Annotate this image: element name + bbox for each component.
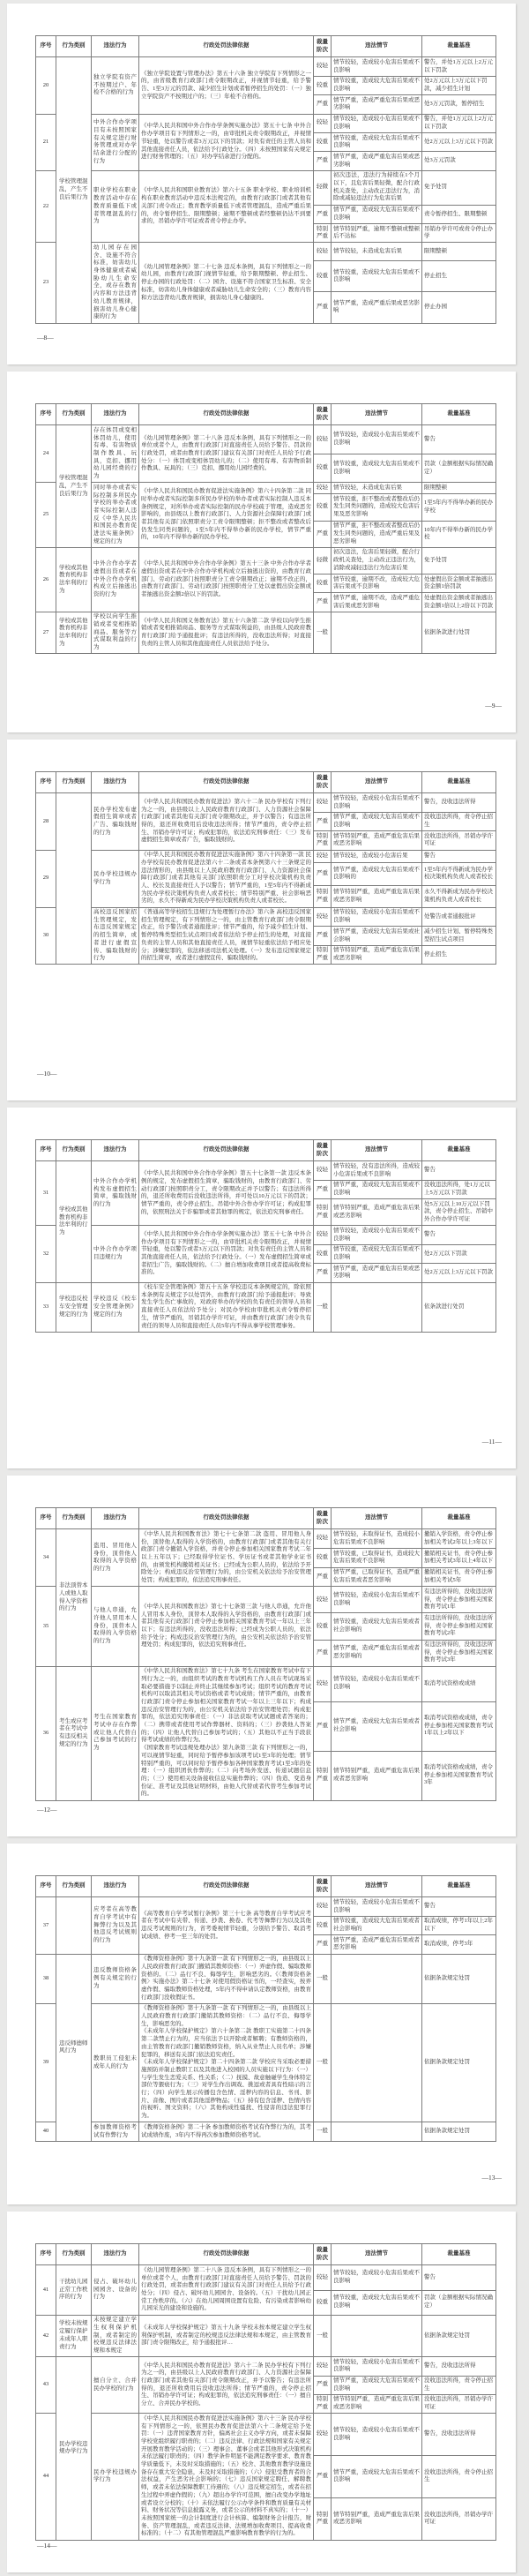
standard-cell: 警告 <box>422 2265 496 2290</box>
behavior-cell: 中外合作办学机构发布虚假招生简章，骗取钱财的行为 <box>92 1161 139 1226</box>
circumstance-cell: 情节较轻，未造成危害后果 <box>332 483 422 494</box>
column-header: 裁量阶次 <box>314 772 332 793</box>
penalty-table: 序号行为类别违法行为行政处罚法律依据裁量阶次违法情节裁量基准24学校管理混乱，产… <box>35 403 496 654</box>
column-header: 行为类别 <box>56 404 92 425</box>
circumstance-cell: 情节特别严重，造成严重危害后果或恶劣影响 <box>332 945 422 965</box>
tier-level-cell: 严重 <box>314 1264 332 1282</box>
circumstance-cell: 情节较重，造成较大危害后果或不良影响 <box>332 133 422 152</box>
standard-cell: 处虚假出资金额或者抽逃出资金额1倍以上2倍以下罚款 <box>422 593 496 612</box>
tier-level-cell: 严重 <box>314 2456 332 2498</box>
legal-basis-cell: 《中华人民共和国民办教育促进法实施条例》第六十三条 民办学校有下列情形之一的，依… <box>139 2414 314 2540</box>
tier-level-cell: 严重 <box>314 593 332 612</box>
column-header: 违法行为 <box>92 1140 139 1161</box>
tier-level-cell: 较重 <box>314 1244 332 1263</box>
column-header: 违法情节 <box>332 772 422 793</box>
standard-cell: 处虚假出资金额或者抽逃出资金额1倍罚款 <box>422 575 496 593</box>
category-cell: 学校管理混乱，产生不良后果行为 <box>56 425 92 548</box>
standard-cell: 撤销入学资格，责令停止参加相关考试2年以上3年以下 <box>422 1529 496 1549</box>
row-number-cell: 21 <box>36 114 56 170</box>
column-header: 行为类别 <box>56 1876 92 1897</box>
standard-cell: 减少招生计划、暂停特殊类型招生试点项目 <box>422 927 496 946</box>
behavior-cell: 同时举办或者实际控制多所民办学校的举办者或者实际控制人违反《中华人民共和国民办教… <box>92 483 139 548</box>
legal-basis-cell: 《教师资格条例》第十九条第一款 有下列情形之一的，由县级以上人民政府教育行政部门… <box>139 2003 314 2122</box>
tier-level-cell: 较重 <box>314 1613 332 1640</box>
tier-level-cell: 较轻 <box>314 483 332 494</box>
behavior-cell: 职业学校在职业教育活动中存在教育质量低下或者管理混乱的行为 <box>92 170 139 243</box>
legal-basis-cell: 《中华人民共和国中外合作办学条例实施办法》第五十七条 中外合作办学项目有下列情形… <box>139 114 314 170</box>
tier-level-cell: 一般 <box>314 1954 332 2003</box>
penalty-table: 序号行为类别违法行为行政处罚法律依据裁量阶次违法情节裁量基准41干扰幼儿园正常工… <box>35 2243 496 2541</box>
column-header: 裁量基准 <box>422 404 496 425</box>
row-number-cell: 34 <box>36 1529 56 1587</box>
column-header: 违法情节 <box>332 1508 422 1529</box>
circumstance-cell <box>332 1954 422 2003</box>
table-header-row: 序号行为类别违法行为行政处罚法律依据裁量阶次违法情节裁量基准 <box>36 1876 496 1897</box>
circumstance-cell: 情节特别严重，造成严重危害后果或恶劣影响 <box>332 2497 422 2540</box>
standard-cell: 责令暂停招生、限期整顿 <box>422 205 496 223</box>
circumstance-cell: 情节严重，造成严重危害后果或恶劣影响 <box>332 152 422 170</box>
standard-cell: 取消成绩，停考1年以上2年以下 <box>422 1916 496 1934</box>
category-cell: 学校或其他教育机构非法牟利的行为 <box>56 547 92 612</box>
behavior-cell: 参加教师资格考试有作弊行为 <box>92 2122 139 2141</box>
tier-level-cell: 特别严重 <box>314 2497 332 2540</box>
column-header: 裁量阶次 <box>314 36 332 57</box>
legal-basis-cell: 《中华人民共和国教育法》第七十七条第三款 与他人串通，允许他人冒用本人身份，顶替… <box>139 1587 314 1666</box>
circumstance-cell: 情节较重，造成较大危害后果或不良影响 <box>332 76 422 94</box>
page-number: —11— <box>482 1438 502 1446</box>
standard-cell: 警告，没收违法所得 <box>422 793 496 812</box>
circumstance-cell: 情节严重，造成较大危害后果或不良影响的 <box>332 863 422 885</box>
standard-cell: 10年内不得举办新的民办学校 <box>422 521 496 547</box>
tier-level-cell: 一般 <box>314 2315 332 2357</box>
column-header: 行为类别 <box>56 1140 92 1161</box>
table-row: 43民办学校违规办学行为擅自分立、合并民办学校的行为《中华人民共和国民办教育促进… <box>36 2357 496 2376</box>
tier-level-cell: 较重 <box>314 1549 332 1568</box>
tier-level-cell: 较轻 <box>314 907 332 927</box>
column-header: 行为类别 <box>56 1508 92 1529</box>
column-header: 裁量基准 <box>422 1140 496 1161</box>
column-header: 违法情节 <box>332 36 422 57</box>
tier-level-cell: 较轻 <box>314 1161 332 1180</box>
circumstance-cell: 情节特别严重，造成严重危害后果或恶劣影响 <box>332 831 422 850</box>
tier-level-cell: 较轻 <box>314 2414 332 2456</box>
legal-basis-cell: 《中华人民共和国义务教育法》第五十六条第二款 学校以向学生推销或者变相推销商品、… <box>139 612 314 654</box>
behavior-cell: 应考者在高等教育自学考试中有舞弊行为以及其他违反考试规则的行为 <box>92 1897 139 1954</box>
circumstance-cell: 情节较轻，造成较小危害后果 <box>332 850 422 863</box>
standard-cell: 免予处罚 <box>422 170 496 205</box>
circumstance-cell: 情节较轻，造成较小危害后果或不良影响 <box>332 114 422 132</box>
standard-cell: 处警告或者通报批评 <box>422 907 496 927</box>
table-row: 24学校管理混乱，产生不良后果行为存在体罚或变相体罚幼儿，使用有毒、有害物质制作… <box>36 425 496 454</box>
tier-level-cell: 严重 <box>314 863 332 885</box>
table-row: 38违反师德师风行为违反教师资格条例有关规定的行为《教师资格条例》第十九条第一款… <box>36 1954 496 2003</box>
column-header: 裁量基准 <box>422 2244 496 2265</box>
tier-level-cell: 较重 <box>314 1916 332 1934</box>
column-header: 行为类别 <box>56 2244 92 2265</box>
tier-level-cell: 较轻 <box>314 57 332 76</box>
circumstance-cell: 情节严重，造成较大危害后果或不良影响 <box>332 2456 422 2498</box>
table-row: 31学校或其他教育机构非法牟利的行为中外合作办学机构发布虚假招生简章，骗取钱财的… <box>36 1161 496 1180</box>
penalty-table: 序号行为类别违法行为行政处罚法律依据裁量阶次违法情节裁量基准31学校或其他教育机… <box>35 1139 496 1333</box>
column-header: 违法行为 <box>92 2244 139 2265</box>
behavior-cell: 民办学校发布虚假招生简章或者广告、骗取钱财的行为 <box>92 793 139 850</box>
circumstance-cell: 情节较轻，造成较小危害后果或不良影响 <box>332 1587 422 1613</box>
standard-cell: 依据条款规定处罚 <box>422 1954 496 2003</box>
table-header-row: 序号行为类别违法行为行政处罚法律依据裁量阶次违法情节裁量基准 <box>36 1508 496 1529</box>
circumstance-cell: 情节严重，造成较大危害后果或社会影响 <box>332 927 422 946</box>
column-header: 序号 <box>36 1140 56 1161</box>
column-header: 裁量阶次 <box>314 1508 332 1529</box>
circumstance-cell: 情节较轻，未取得证书，造成较小危害后果或不良影响 <box>332 1529 422 1549</box>
column-header: 违法行为 <box>92 36 139 57</box>
column-header: 序号 <box>36 1508 56 1529</box>
standard-cell: 1至5年内不得举办新的民办学校 <box>422 494 496 521</box>
behavior-cell: 中外合作办学者虚假出资或者在中外合作办学机构成立后抽逃出资的行为 <box>92 547 139 612</box>
behavior-cell: 与他人串通，允许他人冒用本人身份，顶替本人取得的入学资格的行为 <box>92 1587 139 1666</box>
column-header: 裁量基准 <box>422 772 496 793</box>
standard-cell: 警告，没收违法所得 <box>422 2414 496 2456</box>
tier-level-cell: 严重 <box>314 205 332 223</box>
row-number-cell: 36 <box>36 1666 56 1800</box>
circumstance-cell: 情节严重，造成较大危害后果或不良影响 <box>332 812 422 830</box>
circumstance-cell: 情节严重，造成较大危害后果或不良影响 <box>332 1180 422 1198</box>
standard-cell: 警告 <box>422 425 496 454</box>
tier-level-cell: 较轻 <box>314 1587 332 1613</box>
standard-cell: 处2万元以下罚款 <box>422 1244 496 1263</box>
tier-level-cell: 严重 <box>314 2376 332 2394</box>
column-header: 行政处罚法律依据 <box>139 2244 314 2265</box>
column-header: 序号 <box>36 36 56 57</box>
circumstance-cell: 情节较重，造成较大危害后果或者社会影响的 <box>332 1613 422 1640</box>
column-header: 违法行为 <box>92 1508 139 1529</box>
standard-cell: 警告 <box>422 1226 496 1244</box>
standard-cell: 限期整顿 <box>422 483 496 494</box>
table-row: 30高校违反国家招生管理规定，发布违反国家规定的招生简章，或者进行虚假宣传、骗取… <box>36 907 496 927</box>
circumstance-cell: 情节严重，拒不整改或者整改后仍发生同类问题的，造成严重后果及恶劣影响 <box>332 521 422 547</box>
legal-basis-cell: 《中华人民共和国中外合作办学条例》第五十三条 中外合作办学者虚假出资或者在中外合… <box>139 547 314 612</box>
legal-basis-cell: 《中华人民共和国教育法》第七十七条第二款 盗用、冒用他人身份，顶替他人取得的入学… <box>139 1529 314 1587</box>
legal-basis-cell: 《幼儿园管理条例》第二十七条 违反本条例，具有下列情形之一的幼儿园，由教育行政部… <box>139 243 314 323</box>
row-number-cell: 29 <box>36 850 56 907</box>
standard-cell: 依条款进行处罚 <box>422 1282 496 1332</box>
behavior-cell: 盗用、冒用他人身份，顶替他人取得的入学资格的行为 <box>92 1529 139 1587</box>
category-cell <box>56 793 92 965</box>
circumstance-cell: 情节特别严重，造成严重危害后果或者恶劣影响 <box>332 1751 422 1800</box>
category-cell: 考生或应考者在考试中有违反相关规定的行为 <box>56 1666 92 1800</box>
category-cell: 学校未按规定履行保护未成年人职责行为 <box>56 2315 92 2357</box>
behavior-cell: 幼儿园存在园舍、设施不符合标准，妨害幼儿身体健康或者威胁幼儿生命安全，或存在教育… <box>92 243 139 323</box>
circumstance-cell: 情节严重，造成严重后果或恶劣影响 <box>332 292 422 323</box>
behavior-cell: 侵占、破坏幼儿园园舍、设备的行为 <box>92 2265 139 2315</box>
circumstance-cell: 情节严重，造成较大危害后果或不良影响 <box>332 2376 422 2394</box>
column-header: 违法情节 <box>332 2244 422 2265</box>
circumstance-cell: 情节严重，造成较大危害后果或不良影响 <box>332 205 422 223</box>
column-header: 序号 <box>36 2244 56 2265</box>
behavior-cell: 民办学校违规办学行为 <box>92 2414 139 2540</box>
row-number-cell: 43 <box>36 2357 56 2414</box>
table-row: 36考生或应考者在考试中有违反相关规定的行为考生在国家教育考试中存在作弊或让他人… <box>36 1666 496 1701</box>
row-number-cell: 23 <box>36 243 56 323</box>
circumstance-cell: 情节严重，造成严重危害后果或者恶劣影响 <box>332 1935 422 1954</box>
document-page: 序号行为类别违法行为行政处罚法律依据裁量阶次违法情节裁量基准24学校管理混乱，产… <box>7 372 516 732</box>
circumstance-cell: 情节较轻，造成较小危害后果或不良影响 <box>332 57 422 76</box>
tier-level-cell: 严重 <box>314 1640 332 1666</box>
tier-level-cell: 较重 <box>314 2290 332 2315</box>
column-header: 裁量基准 <box>422 1508 496 1529</box>
row-number-cell: 27 <box>36 612 56 654</box>
category-cell: 民办学校违规办学行为 <box>56 2357 92 2540</box>
document-page: 序号行为类别违法行为行政处罚法律依据裁量阶次违法情节裁量基准37应考者在高等教育… <box>7 1844 516 2204</box>
table-row: 40参加教师资格考试有作弊行为《教师资格条例》第二十条 参加教师资格考试有作弊行… <box>36 2122 496 2141</box>
tier-level-cell: 严重 <box>314 927 332 946</box>
tier-level-cell: 特别严重 <box>314 2394 332 2413</box>
circumstance-cell: 情节较轻，造成较小危害后果或不良影响 <box>332 907 422 927</box>
standard-cell: 限期整顿 <box>422 243 496 261</box>
tier-level-cell: 严重 <box>314 812 332 830</box>
tier-level-cell: 严重 <box>314 1935 332 1954</box>
table-row: 22职业学校在职业教育活动中存在教育质量低下或者管理混乱的行为《中华人民共和国职… <box>36 170 496 205</box>
legal-basis-cell: 《校车安全管理条例》第五十五条 学校违反本条例规定的，除依照本条例有关规定予以处… <box>139 1282 314 1332</box>
table-row: 39教职员工侵犯未成年人的行为《教师资格条例》第十九条第一款 有下列情形之一的，… <box>36 2003 496 2122</box>
row-number-cell: 24 <box>36 425 56 483</box>
row-number-cell: 22 <box>36 170 56 243</box>
column-header: 裁量基准 <box>422 1876 496 1897</box>
tier-level-cell: 严重 <box>314 152 332 170</box>
table-row: 32中外合作办学项目违规行为《中华人民共和国中外合作办学条例实施办法》第五十七条… <box>36 1226 496 1244</box>
table-row: 25同时举办或者实际控制多所民办学校的举办者或者实际控制人违反《中华人民共和国民… <box>36 483 496 494</box>
column-header: 违法行为 <box>92 404 139 425</box>
tier-level-cell: 特别严重 <box>314 1199 332 1226</box>
circumstance-cell: 情节较重，逾期不改，造成较大危害后果或不良影响 <box>332 575 422 593</box>
column-header: 行政处罚法律依据 <box>139 404 314 425</box>
category-cell: 干扰幼儿园正常工作秩序的行为 <box>56 2265 92 2315</box>
table-row: 29民办学校违规办学行为《中华人民共和国民办教育促进法实施条例》第六十四条第一款… <box>36 850 496 863</box>
table-row: 20学校管理混乱，产生不良后果行为独立学院有资产不按期过户、年检不合格的行为《独… <box>36 57 496 76</box>
circumstance-cell: 初次违法，危害后果轻微，配合行政机关查处，主动改正违法行为，消除或减轻违法行为危… <box>332 547 422 574</box>
tier-level-cell: 特别严重 <box>314 885 332 907</box>
tier-level-cell: 特别严重 <box>314 224 332 243</box>
circumstance-cell: 情节较重，拒不整改或者整改后仍发生同类问题的，造成较大危害后果及恶劣影响 <box>332 494 422 521</box>
standard-cell: 撤销相关证书，责令停止参加相关考试3年以上4年以下 <box>422 1549 496 1568</box>
tier-level-cell: 严重 <box>314 521 332 547</box>
table-header-row: 序号行为类别违法行为行政处罚法律依据裁量阶次违法情节裁量基准 <box>36 772 496 793</box>
column-header: 违法情节 <box>332 1140 422 1161</box>
circumstance-cell: 情节较重，造成较大危害后果或不良影响 <box>332 454 422 482</box>
behavior-cell: 考生在国家教育考试中存在作弊或让他人代替自己参加考试的行为 <box>92 1666 139 1800</box>
behavior-cell: 教职员工侵犯未成年人的行为 <box>92 2003 139 2122</box>
circumstance-cell: 情节较重，已取得证书，造成较大危害后果或不良影响 <box>332 1549 422 1568</box>
column-header: 行政处罚法律依据 <box>139 1140 314 1161</box>
circumstance-cell <box>332 2122 422 2141</box>
circumstance-cell: 情节较轻，造成较小危害后果或不良影响 <box>332 1226 422 1244</box>
standard-cell: 依据条款规定处罚 <box>422 2122 496 2141</box>
standard-cell: 处3万元罚款，暂停招生 <box>422 95 496 114</box>
tier-level-cell: 较重 <box>314 76 332 94</box>
standard-cell: 依据条款进行处罚 <box>422 612 496 654</box>
circumstance-cell: 情节严重，造成严重危害后果或者恶劣影响的 <box>332 1640 422 1666</box>
standard-cell: 没收违法所得，责令停止招生 <box>422 2456 496 2498</box>
tier-level-cell: 较轻 <box>314 425 332 454</box>
column-header: 行为类别 <box>56 772 92 793</box>
circumstance-cell: 情节严重，逾期不改，造成严重危害后果或恶劣影响 <box>332 593 422 612</box>
table-row: 41干扰幼儿园正常工作秩序的行为侵占、破坏幼儿园园舍、设备的行为《幼儿园管理条例… <box>36 2265 496 2290</box>
column-header: 行政处罚法律依据 <box>139 1876 314 1897</box>
table-row: 26学校或其他教育机构非法牟利的行为中外合作办学者虚假出资或者在中外合作办学机构… <box>36 547 496 574</box>
document-page: 序号行为类别违法行为行政处罚法律依据裁量阶次违法情节裁量基准31学校或其他教育机… <box>7 1108 516 1468</box>
circumstance-cell: 情节较轻，造成较小危害后果或不良影响 <box>332 1666 422 1701</box>
tier-level-cell: 较轻 <box>314 2357 332 2376</box>
tier-level-cell: 较轻 <box>314 243 332 261</box>
row-number-cell: 41 <box>36 2265 56 2315</box>
standard-cell: 警告，并处1万元以上2万元以下罚款 <box>422 57 496 76</box>
circumstance-cell: 情节较重，造成较大危害后果或不良影响 <box>332 1244 422 1263</box>
circumstance-cell <box>332 612 422 654</box>
standard-cell: 处3万元罚款 <box>422 152 496 170</box>
circumstance-cell: 情节较轻，造成较小危害后果或不良影响 <box>332 2357 422 2376</box>
circumstance-cell: 情节较轻，造成较小危害后果或不良影响 <box>332 793 422 812</box>
penalty-table: 序号行为类别违法行为行政处罚法律依据裁量阶次违法情节裁量基准20学校管理混乱，产… <box>35 35 496 324</box>
category-cell <box>56 1897 92 1954</box>
tier-level-cell: 特别严重 <box>314 831 332 850</box>
tier-level-cell: 较轻 <box>314 114 332 132</box>
standard-cell: 依据条款规定处罚 <box>422 2003 496 2122</box>
column-header: 裁量阶次 <box>314 2244 332 2265</box>
circumstance-cell: 情节特别严重，逾期不整顿或整顿后不达标 <box>332 224 422 243</box>
tier-level-cell: 严重 <box>314 1180 332 1198</box>
legal-basis-cell: 《中华人民共和国职业教育法》第六十五条 职业学校、职业培训机构在职业教育活动中违… <box>139 170 314 243</box>
legal-basis-cell: 《教师资格条例》第二十条 参加教师资格考试有作弊行为的，其考试成绩作废，3年内不… <box>139 2122 314 2141</box>
standard-cell: 有违法所得的，没收违法所得，责令停止参加相关国家教育考试2年 <box>422 1613 496 1640</box>
circumstance-cell: 情节较重，造成较大危害后果或者社会影响的 <box>332 1916 422 1934</box>
circumstance-cell <box>332 2315 422 2357</box>
standard-cell: 警告，没收违法所得 <box>422 2357 496 2376</box>
standard-cell: 永久不得新成为民办学校决策机构负责人或者校长 <box>422 885 496 907</box>
row-number-cell: 26 <box>36 547 56 612</box>
behavior-cell: 中外合作办学项目违规行为 <box>92 1226 139 1282</box>
row-number-cell: 28 <box>36 793 56 850</box>
legal-basis-cell: 《高等教育自学考试暂行条例》第三十七条 高等教育自学考试应考者在考试中有夹带、传… <box>139 1897 314 1954</box>
document-page: 序号行为类别违法行为行政处罚法律依据裁量阶次违法情节裁量基准34非法顶替本人或他… <box>7 1476 516 1836</box>
legal-basis-cell: 《中华人民共和国民办教育促进法实施条例》第六十四条第一款 民办学校有民办教育促进… <box>139 850 314 907</box>
standard-cell: 免予处罚 <box>422 547 496 574</box>
tier-level-cell: 特别严重 <box>314 1751 332 1800</box>
standard-cell: 没收违法所得，责令停止招生 <box>422 2376 496 2394</box>
behavior-cell: 独立学院有资产不按期过户、年检不合格的行为 <box>92 57 139 114</box>
document-page: 序号行为类别违法行为行政处罚法律依据裁量阶次违法情节裁量基准41干扰幼儿园正常工… <box>7 2212 516 2572</box>
tier-level-cell: 严重 <box>314 1701 332 1751</box>
document-pages: 序号行为类别违法行为行政处罚法律依据裁量阶次违法情节裁量基准20学校管理混乱，产… <box>0 0 529 2572</box>
tier-level-cell: 较重 <box>314 133 332 152</box>
legal-basis-cell: 《中华人民共和国民办教育促进法》第六十二条 民办学校有下列行为之一的，由县级以上… <box>139 793 314 850</box>
standard-cell: 撤销相关证书，责令停止参加相关考试5年 <box>422 1567 496 1587</box>
tier-level-cell: 较重 <box>314 261 332 292</box>
standard-cell: 警告 <box>422 850 496 863</box>
tier-level-cell: 一般 <box>314 1282 332 1332</box>
column-header: 违法情节 <box>332 1876 422 1897</box>
standard-cell: 吊销办学许可或责令停止办学 <box>422 224 496 243</box>
row-number-cell: 30 <box>36 907 56 965</box>
row-number-cell: 33 <box>36 1282 56 1332</box>
table-row: 42学校未按规定履行保护未成年人职责行为未按规定建立学生权利保护机制，或者制定的… <box>36 2315 496 2357</box>
tier-level-cell: 较轻 <box>314 1897 332 1916</box>
circumstance-cell: 情节较轻，未造成危害后果 <box>332 243 422 261</box>
table-row: 21中外合作办学项目有未按照国家有关规定进行财务管理或对办学结余进行分配的行为《… <box>36 114 496 132</box>
legal-basis-cell: 《幼儿园管理条例》第二十八条 违反本条例，具有下列情形之一的单位或者个人，由教育… <box>139 2265 314 2315</box>
standard-cell: 没收违法所得，处1万元以上5万元以下罚款 <box>422 1180 496 1198</box>
table-row: 27学校或其他教育机构非法牟利的行为学校以向学生推销或者变相推销商品、服务等方式… <box>36 612 496 654</box>
penalty-table: 序号行为类别违法行为行政处罚法律依据裁量阶次违法情节裁量基准37应考者在高等教育… <box>35 1875 496 2142</box>
standard-cell: 处2万元以上3万元以下罚款，减少招生计划 <box>422 76 496 94</box>
tier-level-cell: 特别严重 <box>314 945 332 965</box>
standard-cell: 处5万元以上10万元以下罚款，责令停止招生、吊销中外合作办学许可证 <box>422 1199 496 1226</box>
category-cell: 学校违反校车安全管理规定的行为 <box>56 1282 92 1332</box>
tier-level-cell: 严重 <box>314 95 332 114</box>
circumstance-cell: 情节较重，造成较大危害后果或不良影响 <box>332 261 422 292</box>
table-header-row: 序号行为类别违法行为行政处罚法律依据裁量阶次违法情节裁量基准 <box>36 2244 496 2265</box>
legal-basis-cell: 《独立学院设置与管理办法》第五十六条 独立学院有下列情形之一的，由省级教育行政部… <box>139 57 314 114</box>
table-header-row: 序号行为类别违法行为行政处罚法律依据裁量阶次违法情节裁量基准 <box>36 1140 496 1161</box>
page-number: —10— <box>37 1070 57 1078</box>
legal-basis-cell: 《中华人民共和国民办教育促进法》第六十二条 民办学校有下列行为之一的，由县级以上… <box>139 2357 314 2414</box>
standard-cell: 处2万元以上3万元以下罚款 <box>422 133 496 152</box>
standard-cell: 取消考试资格或成绩，责令停止参加相关国家教育考试3年 <box>422 1751 496 1800</box>
row-number-cell: 39 <box>36 2003 56 2122</box>
page-number: —14— <box>37 2542 57 2550</box>
column-header: 序号 <box>36 1876 56 1897</box>
tier-level-cell: 一般 <box>314 2003 332 2122</box>
circumstance-cell: 情节严重，造成严重危害后果或恶劣影响 <box>332 1264 422 1282</box>
behavior-cell: 高校违反国家招生管理规定，发布违反国家规定的招生简章，或者进行虚假宣传、骗取钱财… <box>92 907 139 965</box>
circumstance-cell: 情节严重，造成较大危害后果或者社会影响 <box>332 1701 422 1751</box>
column-header: 行为类别 <box>56 36 92 57</box>
column-header: 行政处罚法律依据 <box>139 772 314 793</box>
standard-cell: 警告 <box>422 1161 496 1180</box>
tier-level-cell: 较轻 <box>314 793 332 812</box>
table-row: 34非法顶替本人或他人取得入学资格的行为盗用、冒用他人身份，顶替他人取得的入学资… <box>36 1529 496 1549</box>
row-number-cell: 44 <box>36 2414 56 2540</box>
standard-cell: 没收违法所得，吊销办学许可证 <box>422 831 496 850</box>
behavior-cell: 擅自分立、合并民办学校的行为 <box>92 2357 139 2414</box>
table-row: 33学校违反校车安全管理规定的行为学校违反《校车安全管理条例》规定的行为《校车安… <box>36 1282 496 1332</box>
tier-level-cell: 严重 <box>314 292 332 323</box>
row-number-cell: 38 <box>36 1954 56 2003</box>
circumstance-cell: 情节较轻，没有违法所得，造成较小危害后果或不良影响 <box>332 1161 422 1180</box>
legal-basis-cell: 《中华人民共和国教育法》第七十九条 考生在国家教育考试中有下列行为之一的，由组织… <box>139 1666 314 1800</box>
standard-cell: 有违法所得的，没收违法所得，责令停止参加相关国家教育考试3年 <box>422 1640 496 1666</box>
standard-cell: 有违法所得的，没收违法所得，责令停止参加相关国家教育考试1年 <box>422 1587 496 1613</box>
column-header: 裁量阶次 <box>314 1140 332 1161</box>
row-number-cell: 37 <box>36 1897 56 1954</box>
page-number: —13— <box>482 2174 503 2182</box>
category-cell: 学校或其他教育机构非法牟利的行为 <box>56 612 92 654</box>
behavior-cell: 学校违反《校车安全管理条例》规定的行为 <box>92 1282 139 1332</box>
tier-level-cell: 较轻 <box>314 1529 332 1549</box>
standard-cell: 依据条款规定处罚 <box>422 2315 496 2357</box>
circumstance-cell: 初次违法，违法行为持续在1个月以下，且危害后果轻微，配合行政机关查处，主动改正违… <box>332 170 422 205</box>
column-header: 裁量阶次 <box>314 1876 332 1897</box>
standard-cell: 处2万元以上3万元以下罚款 <box>422 1264 496 1282</box>
table-row: 28民办学校发布虚假招生简章或者广告、骗取钱财的行为《中华人民共和国民办教育促进… <box>36 793 496 812</box>
column-header: 裁量阶次 <box>314 404 332 425</box>
circumstance-cell: 情节较轻，造成较小危害后果或不良影响 <box>332 1897 422 1916</box>
tier-level-cell: 较轻 <box>314 850 332 863</box>
column-header: 违法行为 <box>92 772 139 793</box>
column-header: 序号 <box>36 404 56 425</box>
standard-cell: 没收违法所得，责令停止招生 <box>422 812 496 830</box>
behavior-cell: 中外合作办学项目有未按照国家有关规定进行财务管理或对办学结余进行分配的行为 <box>92 114 139 170</box>
row-number-cell: 31 <box>36 1161 56 1226</box>
penalty-table: 序号行为类别违法行为行政处罚法律依据裁量阶次违法情节裁量基准28民办学校发布虚假… <box>35 771 496 965</box>
